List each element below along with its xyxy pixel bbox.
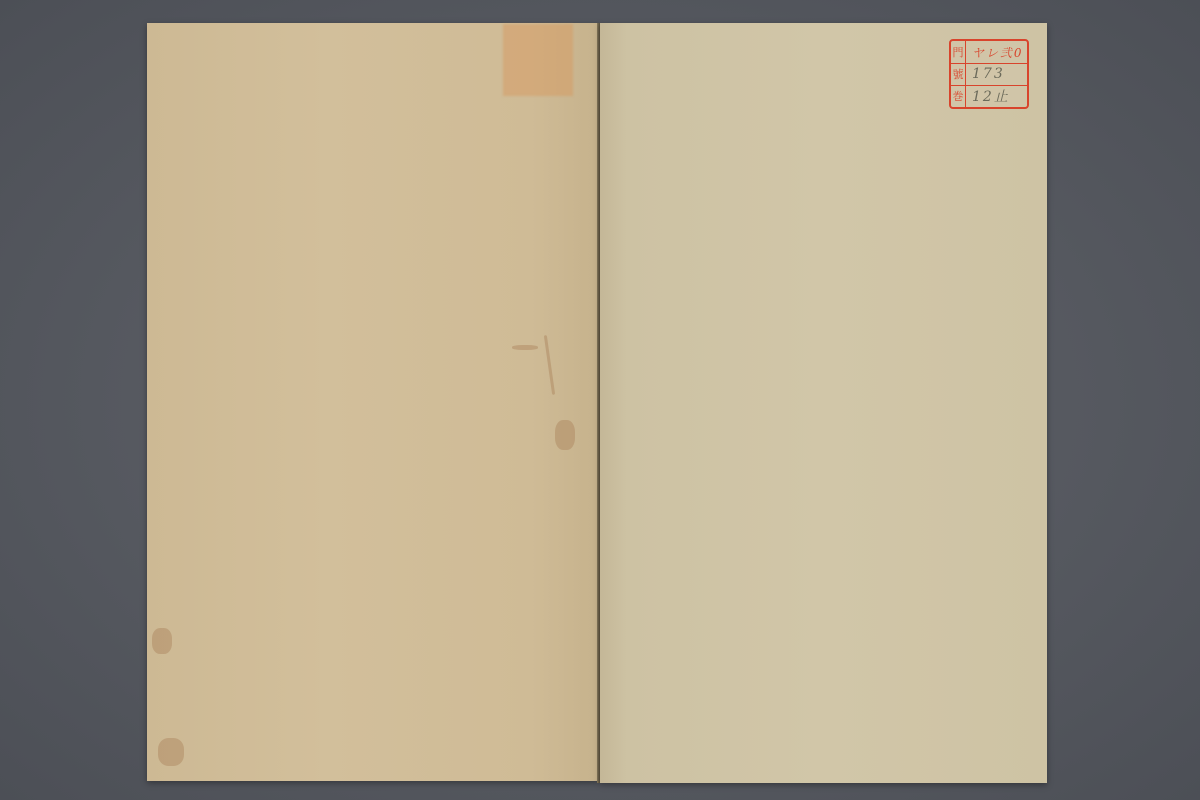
stamp-value: 173 [966, 66, 1027, 82]
stamp-label: 號 [951, 63, 966, 85]
faded-stamp-mark [503, 24, 573, 96]
stain-mark [555, 420, 575, 450]
stain-mark [512, 345, 538, 350]
stain-mark [158, 738, 184, 766]
library-stamp: 門 ヤレ弐0 號 173 巻 12止 [949, 39, 1029, 109]
stamp-value: 12止 [966, 86, 1027, 106]
stamp-row-volume: 巻 12止 [951, 85, 1027, 107]
stamp-label: 門 [951, 41, 966, 63]
stamp-label: 巻 [951, 85, 966, 107]
right-page [600, 23, 1047, 783]
stamp-value: ヤレ弐0 [966, 44, 1027, 61]
stamp-row-number: 號 173 [951, 63, 1027, 86]
stain-mark [152, 628, 172, 654]
left-page [147, 23, 599, 781]
stamp-row-category: 門 ヤレ弐0 [951, 41, 1027, 64]
